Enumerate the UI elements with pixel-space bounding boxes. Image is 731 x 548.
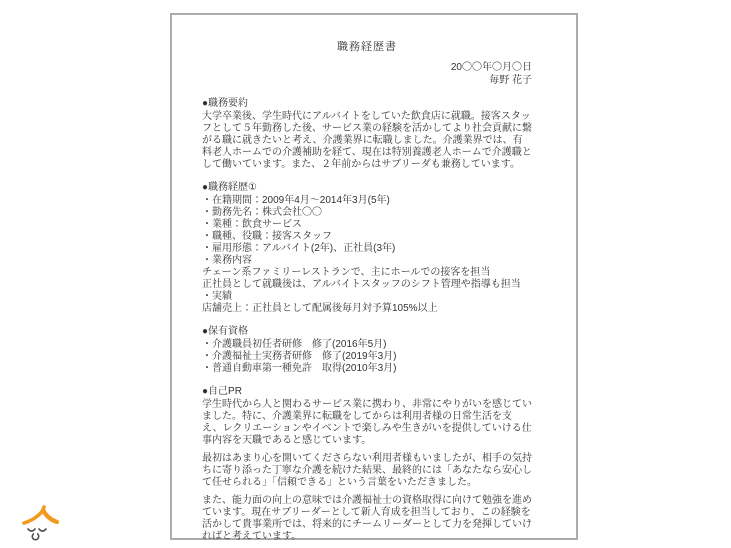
job-summary-text: 大学卒業後、学生時代にアルバイトをしていた飲食店に就職。接客スタッフとして５年勤… — [202, 111, 532, 171]
mascot-face-icon — [21, 505, 61, 545]
history-line: ・勤務先名：株式会社〇〇 — [202, 207, 532, 219]
history-line: 店舗売上：正社員として配属後毎月対予算105%以上 — [202, 303, 532, 315]
self-pr-paragraph: 最初はあまり心を開いてくださらない利用者様もいましたが、相手の気持ちに寄り添った… — [202, 453, 532, 489]
history-line: 正社員として就職後は、アルバイトスタッフのシフト管理や指導も担当 — [202, 279, 532, 291]
section-heading: ●職務要約 — [202, 98, 532, 110]
doc-author-name: 毎野 花子 — [202, 74, 532, 87]
qualification-line: ・普通自動車第一種免許 取得(2010年3月) — [202, 363, 532, 375]
history-line: ・在籍期間：2009年4月～2014年3月(5年) — [202, 195, 532, 207]
section-job-summary: ●職務要約 大学卒業後、学生時代にアルバイトをしていた飲食店に就職。接客スタッフ… — [202, 98, 532, 171]
section-self-pr: ●自己PR 学生時代から人と関わるサービス業に携わり、非常にやりがいを感じていま… — [202, 386, 532, 543]
history-line: ・雇用形態：アルバイト(2年)、正社員(3年) — [202, 243, 532, 255]
history-line: ・実績 — [202, 291, 532, 303]
resume-page: 職務経歴書 20〇〇年〇月〇日 毎野 花子 ●職務要約 大学卒業後、学生時代にア… — [170, 13, 578, 540]
history-line: ・業務内容 — [202, 255, 532, 267]
section-qualifications: ●保有資格 ・介護職員初任者研修 修了(2016年5月) ・介護福祉士実務者研修… — [202, 326, 532, 375]
history-line: ・業種：飲食サービス — [202, 219, 532, 231]
history-line: ・職種、役職：接客スタッフ — [202, 231, 532, 243]
section-heading: ●自己PR — [202, 386, 532, 398]
doc-meta: 20〇〇年〇月〇日 毎野 花子 — [202, 61, 532, 87]
page-title: 職務経歴書 — [202, 41, 532, 53]
section-work-history: ●職務経歴① ・在籍期間：2009年4月～2014年3月(5年) ・勤務先名：株… — [202, 182, 532, 315]
section-heading: ●職務経歴① — [202, 182, 532, 194]
qualification-line: ・介護職員初任者研修 修了(2016年5月) — [202, 339, 532, 351]
qualification-line: ・介護福祉士実務者研修 修了(2019年3月) — [202, 351, 532, 363]
doc-date: 20〇〇年〇月〇日 — [202, 61, 532, 74]
self-pr-paragraph: 学生時代から人と関わるサービス業に携わり、非常にやりがいを感じていました。特に、… — [202, 399, 532, 447]
section-heading: ●保有資格 — [202, 326, 532, 338]
history-line: チェーン系ファミリーレストランで、主にホールでの接客を担当 — [202, 267, 532, 279]
self-pr-paragraph: また、能力面の向上の意味では介護福祉士の資格取得に向けて勉強を進めています。現在… — [202, 495, 532, 543]
